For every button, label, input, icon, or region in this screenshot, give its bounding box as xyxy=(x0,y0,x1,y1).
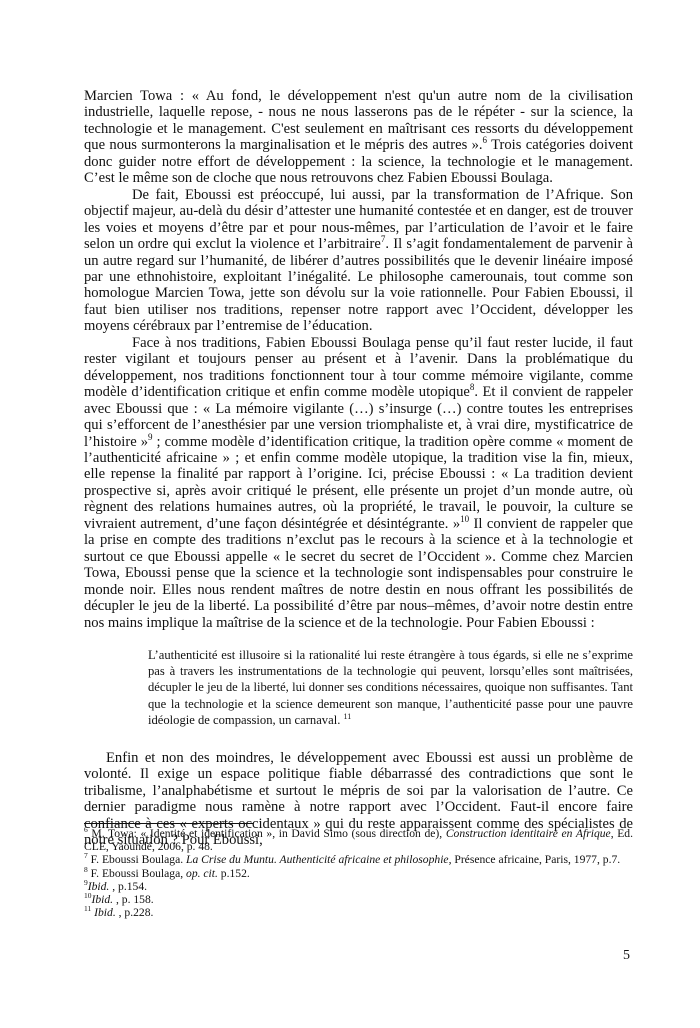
paragraph-1: Marcien Towa : « Au fond, le développeme… xyxy=(84,88,633,187)
footnote-text: F. Eboussi Boulaga, xyxy=(88,867,186,880)
footnote-ref-10[interactable]: 10 xyxy=(460,514,469,524)
footnote-11: 11 Ibid. , p.228. xyxy=(84,906,633,919)
footnote-title: op. cit. xyxy=(186,867,218,880)
footnote-6: 6 M. Towa: « Identité et identification … xyxy=(84,827,633,853)
footnote-text: F. Eboussi Boulaga. xyxy=(88,853,186,866)
footnote-ref-11[interactable]: 11 xyxy=(344,712,352,721)
footnote-text: p.152. xyxy=(218,867,250,880)
footnote-10: 10Ibid. , p. 158. xyxy=(84,893,633,906)
paragraph-text: Il convient de rappeler que la prise en … xyxy=(84,516,633,631)
paragraph-2: De fait, Eboussi est préoccupé, lui auss… xyxy=(84,187,633,335)
footnote-title: Ibid. xyxy=(94,906,116,919)
footnote-title: La Crise du Muntu. Authenticité africain… xyxy=(186,853,451,866)
paragraph-3: Face à nos traditions, Fabien Eboussi Bo… xyxy=(84,335,633,631)
footnote-text: Présence africaine, Paris, 1977, p.7. xyxy=(451,853,620,866)
footnotes: 6 M. Towa: « Identité et identification … xyxy=(84,827,633,919)
footnote-title: Ibid. xyxy=(92,893,114,906)
footnote-text: M. Towa: « Identité et identification »,… xyxy=(88,827,446,840)
footnote-text: , p.228. xyxy=(116,906,154,919)
page-body: Marcien Towa : « Au fond, le développeme… xyxy=(84,88,633,849)
footnote-text: , p. 158. xyxy=(113,893,154,906)
footnote-title: Construction identitaire en Afrique xyxy=(446,827,611,840)
footnote-separator xyxy=(84,823,253,824)
quote-text: L’authenticité est illusoire si la ratio… xyxy=(148,648,633,727)
footnote-7: 7 F. Eboussi Boulaga. La Crise du Muntu.… xyxy=(84,853,633,866)
footnote-text: , p.154. xyxy=(109,880,147,893)
footnote-8: 8 F. Eboussi Boulaga, op. cit. p.152. xyxy=(84,867,633,880)
footnote-9: 9Ibid. , p.154. xyxy=(84,880,633,893)
block-quote: L’authenticité est illusoire si la ratio… xyxy=(148,647,633,728)
page-number: 5 xyxy=(623,948,630,964)
footnote-number: 10 xyxy=(84,891,92,900)
